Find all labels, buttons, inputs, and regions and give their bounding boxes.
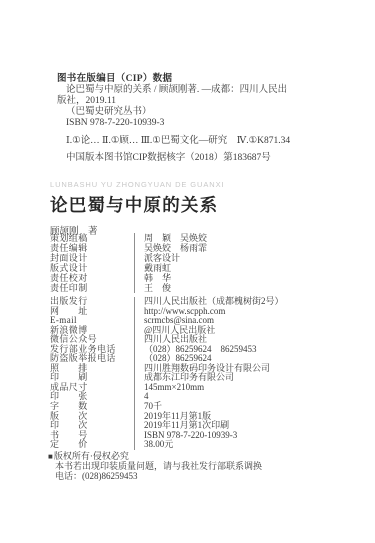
info-label: 版式设计: [50, 263, 134, 273]
filled-square-icon: ■: [48, 452, 53, 461]
table-row: 封面设计 派客设计: [50, 253, 207, 263]
contact-phone-line: 电话：(028)86259453: [55, 472, 262, 482]
table-row: 版式设计 戴雨虹: [50, 263, 207, 273]
info-value: 145mm×210mm: [134, 383, 284, 393]
info-value: 38.00元: [134, 440, 284, 450]
cip-isbn: ISBN 978-7-220-10939-3: [57, 118, 295, 129]
info-label: 定 价: [50, 440, 134, 450]
staff-table: 策划组稿 周 颖 吴焕姣 责任编辑 吴焕姣 杨雨霏 封面设计 派客设计 版式设计…: [50, 233, 207, 293]
info-label: 责任印制: [50, 283, 134, 293]
copyright-notice-text: 版权所有·侵权必究: [54, 451, 129, 461]
cip-block: 图书在版编目（CIP）数据 论巴蜀与中原的关系 / 顾颉刚著. —成都：四川人民…: [57, 74, 295, 164]
cip-series: （巴蜀史研究丛书）: [57, 107, 295, 118]
cip-header: 图书在版编目（CIP）数据: [57, 74, 295, 85]
table-row: 责任编辑 吴焕姣 杨雨霏: [50, 243, 207, 253]
table-row: 定 价 38.00元: [50, 440, 284, 450]
info-label: 策划组稿: [50, 233, 134, 243]
title-pinyin: LUNBASHU YU ZHONGYUAN DE GUANXI: [50, 180, 224, 189]
book-title: 论巴蜀与中原的关系: [50, 192, 224, 217]
title-block: LUNBASHU YU ZHONGYUAN DE GUANXI 论巴蜀与中原的关…: [50, 180, 224, 237]
info-label: 封面设计: [50, 253, 134, 263]
info-value: 吴焕姣 杨雨霏: [134, 243, 207, 253]
info-value: 戴雨虹: [134, 263, 207, 273]
cip-record-number: 中国版本图书馆CIP数据核字（2018）第183687号: [57, 153, 295, 164]
table-row: 责任印制 王 俊: [50, 283, 207, 293]
info-value: 王 俊: [134, 283, 207, 293]
info-value: 韩 华: [134, 273, 207, 283]
info-value: 周 颖 吴焕姣: [134, 233, 207, 243]
cip-classification: Ⅰ.①论… Ⅱ.①顾… Ⅲ.①巴蜀文化—研究 Ⅳ.①K871.34: [57, 136, 295, 147]
cip-entry: 论巴蜀与中原的关系 / 顾颉刚著. —成都：四川人民出版社，2019.11: [57, 85, 295, 107]
info-label: 责任编辑: [50, 243, 134, 253]
info-label: 责任校对: [50, 273, 134, 283]
info-value: 派客设计: [134, 253, 207, 263]
publishing-table: 出版发行 四川人民出版社（成都槐树街2号） 网 址 http://www.scp…: [50, 297, 284, 450]
table-row: 策划组稿 周 颖 吴焕姣: [50, 233, 207, 243]
copyright-notice: ■版权所有·侵权必究 本书若出现印装质量问题，请与我社发行部联系调换 电话：(0…: [48, 452, 262, 482]
book-copyright-page: 图书在版编目（CIP）数据 论巴蜀与中原的关系 / 顾颉刚著. —成都：四川人民…: [0, 0, 375, 543]
table-row: 责任校对 韩 华: [50, 273, 207, 283]
